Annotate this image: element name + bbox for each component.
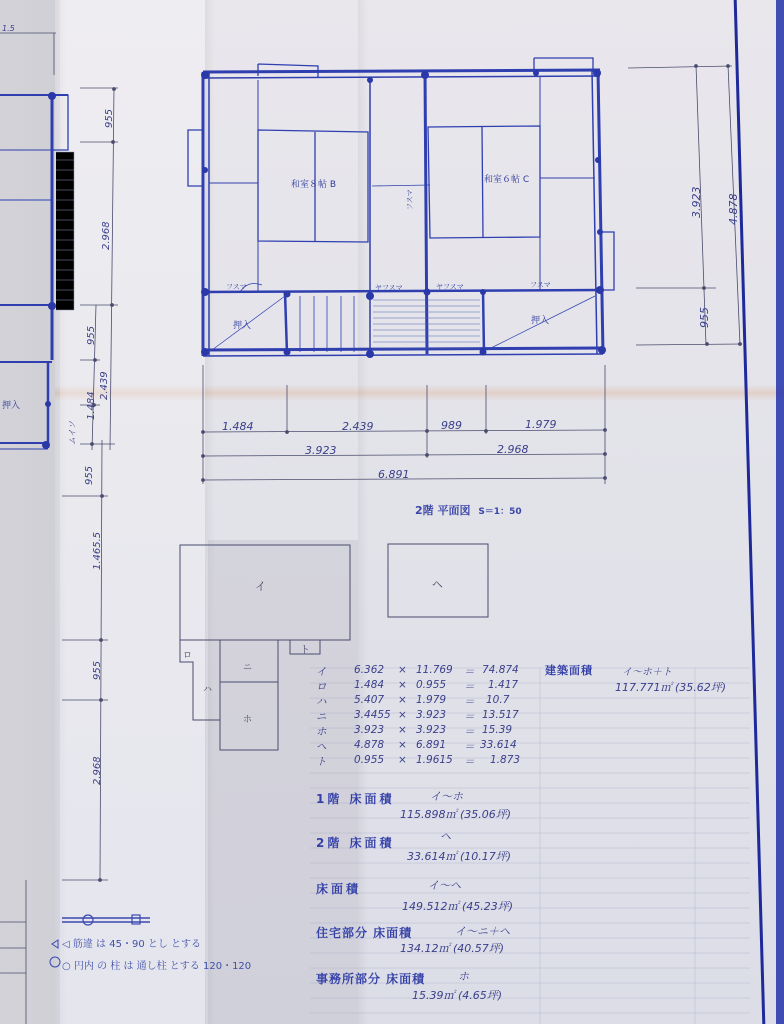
- dim-h5: 3.923: [305, 444, 337, 457]
- summary-office-value: 15.39㎡ (4.65坪): [412, 987, 502, 1003]
- calc-key: ニ: [316, 709, 327, 724]
- summary-residential-label: 住宅部分 床面積: [316, 924, 412, 941]
- block-label-ha: ハ: [203, 682, 212, 695]
- calc-key: ホ: [316, 724, 327, 739]
- dim-h4: 1.979: [525, 418, 557, 431]
- legend-column-note: ○ 円内 の 柱 は 通し柱 とする 120・120: [62, 957, 251, 972]
- door-label-fusuma: ヤフスマ: [375, 283, 403, 293]
- dim-v-left5: 2.439: [99, 371, 110, 400]
- room-label-b: 和室８帖 B: [291, 177, 336, 190]
- drawing-title-text: 2階 平面図: [415, 504, 470, 517]
- building-area-value: 117.771㎡ (35.62坪): [615, 679, 726, 695]
- calc-result: 10.7: [486, 694, 509, 706]
- room-label-closet-left: 押入: [233, 318, 251, 331]
- calc-a: 4.878: [354, 739, 384, 751]
- dim-h3: 989: [441, 419, 462, 432]
- dim-v-lower4: 2.968: [92, 756, 103, 785]
- block-label-ni: ニ: [243, 660, 252, 673]
- dim-v-left1: 955: [104, 109, 115, 128]
- summary-floor1-range: イ〜ホ: [430, 788, 463, 804]
- block-label-ro: ロ: [183, 648, 192, 661]
- room-label-closet-right: 押入: [531, 313, 549, 326]
- door-label-fusuma: フスマ: [226, 282, 247, 292]
- summary-total-label: 床面積: [316, 880, 361, 897]
- calc-times: ×: [398, 709, 407, 721]
- summary-floor1-value: 115.898㎡ (35.06坪): [400, 806, 511, 822]
- calc-result: 15.39: [482, 724, 512, 736]
- calc-row: ト 0.955 × 1.9615 ＝ 1.873: [316, 754, 536, 769]
- calc-a: 3.923: [354, 724, 384, 736]
- summary-residential-value: 134.12㎡ (40.57坪): [400, 940, 504, 956]
- summary-floor1-label: 1階 床面積: [316, 790, 395, 807]
- room-label-c: 和室６帖 C: [484, 172, 529, 185]
- calc-row: ハ 5.407 × 1.979 ＝ 10.7: [316, 694, 536, 709]
- calc-result: 33.614: [480, 739, 517, 751]
- dim-h2: 2.439: [342, 420, 374, 433]
- calc-a: 3.4455: [354, 709, 391, 721]
- calc-equals: ＝: [464, 679, 475, 694]
- summary-residential-range: イ〜ニ＋ヘ: [455, 923, 510, 939]
- calc-b: 1.979: [416, 694, 446, 706]
- calc-key: イ: [316, 664, 327, 679]
- block-label-i: イ: [255, 578, 266, 594]
- calc-equals: ＝: [464, 739, 475, 754]
- door-label-fusuma: フスマ: [405, 189, 415, 210]
- calc-equals: ＝: [464, 694, 475, 709]
- calc-key: ト: [316, 754, 327, 769]
- calc-times: ×: [398, 679, 407, 691]
- calc-equals: ＝: [464, 724, 475, 739]
- floor-plan-drawing: [0, 0, 784, 1024]
- calc-b: 3.923: [416, 724, 446, 736]
- calc-key: ロ: [316, 679, 327, 694]
- dim-v-left2: 2.968: [101, 221, 112, 250]
- calc-key: ハ: [316, 694, 327, 709]
- calc-times: ×: [398, 739, 407, 751]
- calc-b: 3.923: [416, 709, 446, 721]
- calc-equals: ＝: [464, 664, 475, 679]
- partial-room-label: 押入: [2, 398, 20, 411]
- dim-h6: 2.968: [497, 443, 529, 456]
- calc-result: 1.873: [490, 754, 520, 766]
- drawing-title: 2階 平面図 S＝1：50: [415, 502, 522, 518]
- calc-a: 0.955: [354, 754, 384, 766]
- drawing-scale: S＝1：50: [478, 507, 521, 517]
- calc-a: 1.484: [354, 679, 384, 691]
- calc-row: ヘ 4.878 × 6.891 ＝ 33.614: [316, 739, 536, 754]
- block-label-he: ヘ: [432, 576, 443, 592]
- dim-v-right1: 3.923: [690, 187, 703, 219]
- summary-office-label: 事務所部分 床面積: [316, 970, 425, 987]
- door-label-fusuma: フスマ: [530, 280, 551, 290]
- calc-row: イ 6.362 × 11.769 ＝ 74.874: [316, 664, 536, 679]
- summary-office-range: ホ: [458, 968, 469, 984]
- calc-times: ×: [398, 724, 407, 736]
- building-area-label: 建築面積: [545, 662, 593, 678]
- dim-h1: 1.484: [222, 420, 254, 433]
- calc-key: ヘ: [316, 739, 327, 754]
- calc-b: 1.9615: [416, 754, 453, 766]
- calc-row: ロ 1.484 × 0.955 ＝ 1.417: [316, 679, 536, 694]
- calc-b: 11.769: [416, 664, 453, 676]
- calc-row: ニ 3.4455 × 3.923 ＝ 13.517: [316, 709, 536, 724]
- calc-equals: ＝: [464, 709, 475, 724]
- block-label-ho: ホ: [243, 712, 252, 725]
- dim-v-right2: 955: [698, 307, 711, 328]
- calc-result: 13.517: [482, 709, 519, 721]
- door-label-fusuma: ヤフスマ: [436, 282, 464, 292]
- dim-top-partial: 1.5: [2, 24, 15, 33]
- dim-v-left4: 1.484: [86, 391, 97, 420]
- calc-times: ×: [398, 664, 407, 676]
- calc-b: 6.891: [416, 739, 446, 751]
- dim-v-lower2: 1.465.5: [92, 532, 103, 570]
- calc-times: ×: [398, 694, 407, 706]
- calc-a: 5.407: [354, 694, 384, 706]
- legend-bracing-note: ◁ 筋違 は 45・90 とし とする: [62, 935, 201, 950]
- dim-v-left3: 955: [86, 326, 97, 345]
- building-area-range: イ〜ホ＋ト: [622, 663, 672, 678]
- summary-floor2-label: 2階 床面積: [316, 834, 395, 851]
- dim-v-right-total: 4.878: [727, 194, 740, 226]
- summary-total-value: 149.512㎡ (45.23坪): [402, 898, 513, 914]
- block-label-to: ト: [300, 641, 310, 656]
- summary-total-range: イ〜ヘ: [428, 877, 461, 893]
- calc-times: ×: [398, 754, 407, 766]
- summary-floor2-value: 33.614㎡ (10.17坪): [407, 848, 511, 864]
- calc-row: ホ 3.923 × 3.923 ＝ 15.39: [316, 724, 536, 739]
- dim-total: 6.891: [378, 468, 410, 481]
- calc-result: 1.417: [488, 679, 518, 691]
- calc-result: 74.874: [482, 664, 519, 676]
- dim-v-lower1: 955: [84, 466, 95, 485]
- summary-floor2-range: ヘ: [440, 828, 451, 844]
- calc-equals: ＝: [464, 754, 475, 769]
- calc-a: 6.362: [354, 664, 384, 676]
- dim-v-lower3: 955: [92, 661, 103, 680]
- calc-b: 0.955: [416, 679, 446, 691]
- dim-v-left-partial: ムイソ: [67, 421, 78, 445]
